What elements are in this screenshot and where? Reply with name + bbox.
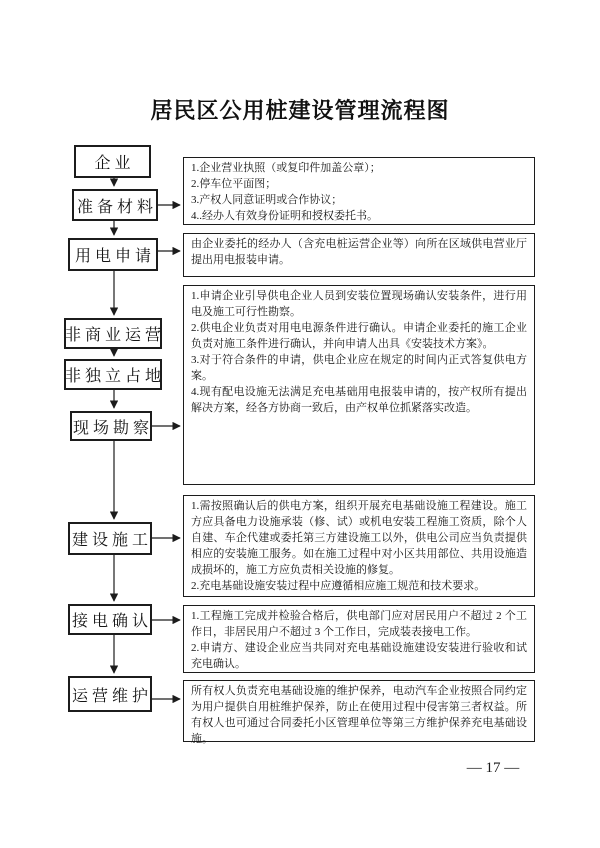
- flow-step-power-application: 用电申请: [68, 238, 158, 271]
- flow-detail-connection-text: 1.工程施工完成并检验合格后，供电部门应对居民用户不超过 2 个工作日，非居民用…: [191, 608, 527, 672]
- flow-step-site-survey: 现场勘察: [70, 411, 152, 441]
- flow-detail-survey-desc: 1.申请企业引导供电企业人员到安装位置现场确认安装条件，进行用电及施工可行性勘察…: [183, 285, 535, 485]
- flow-step-construction: 建设施工: [68, 522, 152, 555]
- flow-detail-maintenance-desc: 所有权人负责充电基础设施的维护保养，电动汽车企业按照合同约定为用户提供自用桩维护…: [183, 680, 535, 742]
- page-number: — 17 —: [438, 760, 548, 777]
- flow-detail-materials-text: 1.企业营业执照（或复印件加盖公章）； 2.停车位平面图； 3.产权人同意证明或…: [191, 160, 527, 224]
- flow-step-prepare-materials: 准备材料: [72, 189, 158, 221]
- flow-detail-application-text: 由企业委托的经办人（含充电桩运营企业等）向所在区域供电营业厅提出用电报装申请。: [191, 236, 527, 268]
- flow-step-non-independent-land: 非独立占地: [64, 359, 162, 390]
- flow-detail-construction-desc: 1.需按照确认后的供电方案，组织开展充电基础设施工程建设。施工方应具备电力设施承…: [183, 495, 535, 597]
- flow-detail-construction-text: 1.需按照确认后的供电方案，组织开展充电基础设施工程建设。施工方应具备电力设施承…: [191, 498, 527, 594]
- flow-step-enterprise: 企业: [74, 145, 151, 178]
- flow-step-operation-maintenance: 运营维护: [68, 676, 152, 712]
- flow-step-non-commercial-operation: 非商业运营: [64, 318, 162, 349]
- flow-step-power-connection-confirm: 接电确认: [68, 604, 152, 635]
- flow-detail-connection-desc: 1.工程施工完成并检验合格后，供电部门应对居民用户不超过 2 个工作日，非居民用…: [183, 605, 535, 673]
- flow-detail-survey-text: 1.申请企业引导供电企业人员到安装位置现场确认安装条件，进行用电及施工可行性勘察…: [191, 288, 527, 416]
- flow-detail-maintenance-text: 所有权人负责充电基础设施的维护保养，电动汽车企业按照合同约定为用户提供自用桩维护…: [191, 683, 527, 747]
- document-page: 居民区公用桩建设管理流程图 企业 准备材料 用电申请: [0, 0, 600, 848]
- flow-detail-application-desc: 由企业委托的经办人（含充电桩运营企业等）向所在区域供电营业厅提出用电报装申请。: [183, 233, 535, 277]
- flow-detail-materials-list: 1.企业营业执照（或复印件加盖公章）； 2.停车位平面图； 3.产权人同意证明或…: [183, 157, 535, 225]
